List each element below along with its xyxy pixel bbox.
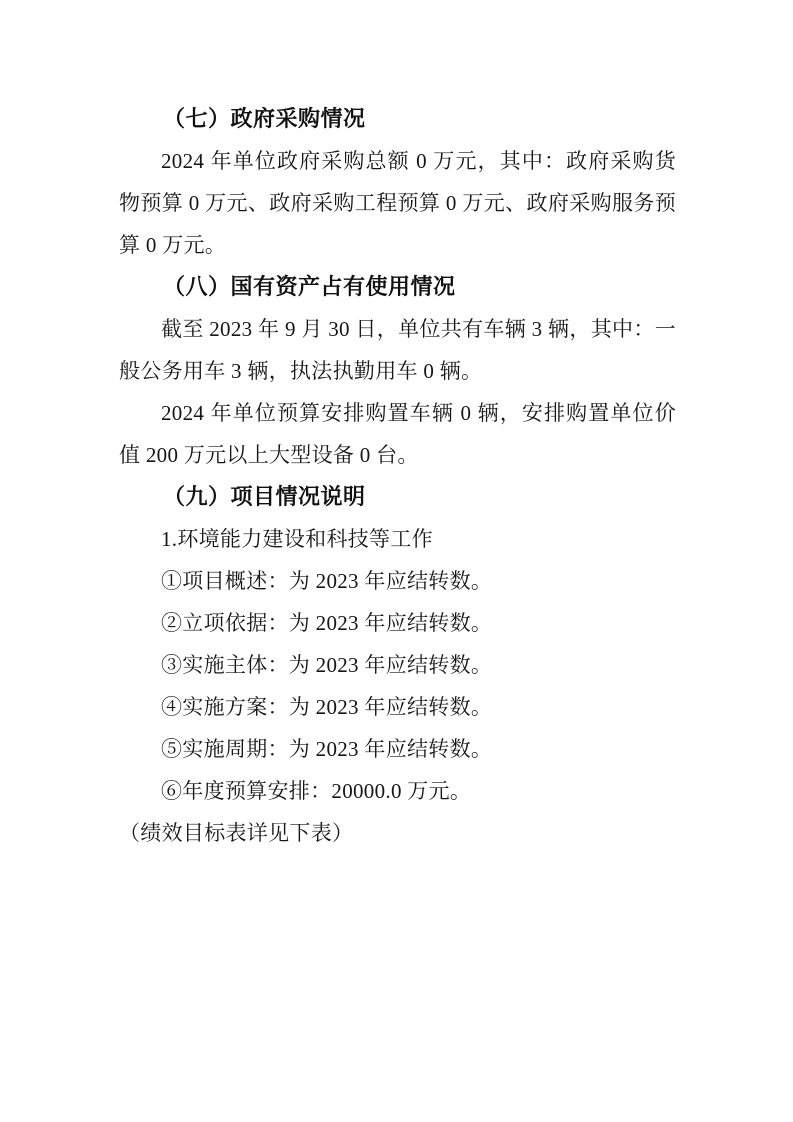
paragraph-vehicle-purchase-plan: 2024 年单位预算安排购置车辆 0 辆，安排购置单位价值 200 万元以上大型… (119, 392, 676, 476)
section-heading-gov-procurement: （七）政府采购情况 (119, 98, 676, 140)
project-title: 1.环境能力建设和科技等工作 (119, 518, 676, 560)
performance-table-note: （绩效目标表详见下表） (119, 812, 676, 854)
project-item-overview: ①项目概述：为 2023 年应结转数。 (119, 560, 676, 602)
section-project-info: （九）项目情况说明 1.环境能力建设和科技等工作 ①项目概述：为 2023 年应… (119, 476, 676, 854)
paragraph-vehicle-holdings: 截至 2023 年 9 月 30 日，单位共有车辆 3 辆，其中：一般公务用车 … (119, 308, 676, 392)
project-item-budget: ⑥年度预算安排：20000.0 万元。 (119, 770, 676, 812)
paragraph-gov-procurement-totals: 2024 年单位政府采购总额 0 万元，其中：政府采购货物预算 0 万元、政府采… (119, 140, 676, 266)
project-item-basis: ②立项依据：为 2023 年应结转数。 (119, 602, 676, 644)
section-state-assets: （八）国有资产占有使用情况 截至 2023 年 9 月 30 日，单位共有车辆 … (119, 266, 676, 476)
section-gov-procurement: （七）政府采购情况 2024 年单位政府采购总额 0 万元，其中：政府采购货物预… (119, 98, 676, 266)
project-item-implementer: ③实施主体：为 2023 年应结转数。 (119, 644, 676, 686)
project-item-period: ⑤实施周期：为 2023 年应结转数。 (119, 728, 676, 770)
project-item-plan: ④实施方案：为 2023 年应结转数。 (119, 686, 676, 728)
section-heading-project-info: （九）项目情况说明 (119, 476, 676, 518)
document-page: （七）政府采购情况 2024 年单位政府采购总额 0 万元，其中：政府采购货物预… (0, 0, 793, 1122)
section-heading-state-assets: （八）国有资产占有使用情况 (119, 266, 676, 308)
